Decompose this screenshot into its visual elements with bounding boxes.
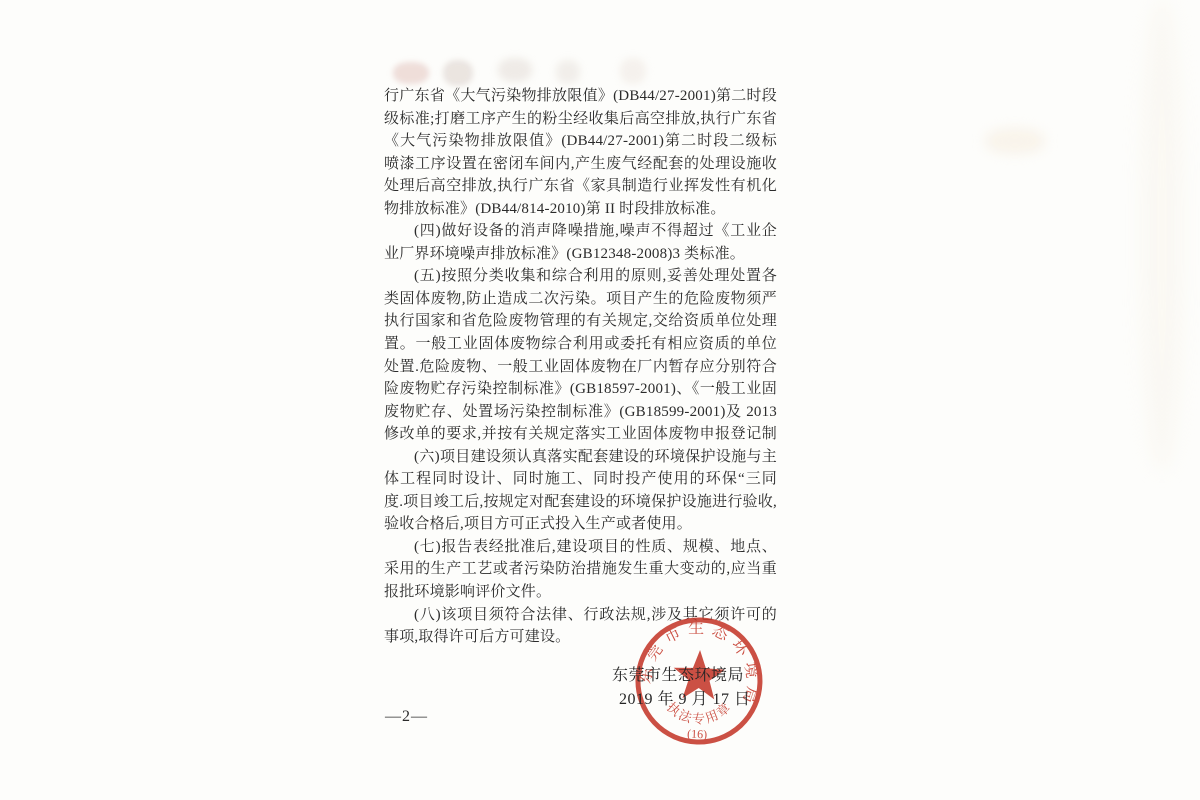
text-line: 修改单的要求,并按有关规定落实工业固体废物申报登记制度。 — [384, 423, 777, 446]
text-line: (六)项目建设须认真落实配套建设的环境保护设施与主 — [384, 446, 777, 469]
seal-number: (16) — [687, 727, 707, 742]
text-line: 废物贮存、处置场污染控制标准》(GB18599-2001)及 2013 年 — [384, 401, 777, 424]
document-body-text: 行广东省《大气污染物排放限值》(DB44/27-2001)第二时段二级标准;打磨… — [384, 85, 777, 649]
issue-date: 2019 年 9 月 17 日 — [619, 686, 751, 709]
text-line: 喷漆工序设置在密闭车间内,产生废气经配套的处理设施收集 — [384, 153, 777, 176]
text-line: (四)做好设备的消声降噪措施,噪声不得超过《工业企 — [384, 220, 777, 243]
text-line: 采用的生产工艺或者污染防治措施发生重大变动的,应当重新 — [384, 558, 777, 581]
scan-artifact — [556, 60, 580, 84]
text-line: 体工程同时设计、同时施工、同时投产使用的环保“三同时”制 — [384, 468, 777, 491]
text-line: 级标准;打磨工序产生的粉尘经收集后高空排放,执行广东省 — [384, 108, 777, 131]
scan-artifact — [620, 58, 646, 84]
text-line: 验收合格后,项目方可正式投入生产或者使用。 — [384, 513, 777, 536]
scanned-document-page: 行广东省《大气污染物排放限值》(DB44/27-2001)第二时段二级标准;打磨… — [0, 0, 1200, 800]
scan-artifact — [985, 128, 1045, 154]
text-line: (五)按照分类收集和综合利用的原则,妥善处理处置各 — [384, 265, 777, 288]
text-line: 业厂界环境噪声排放标准》(GB12348-2008)3 类标准。 — [384, 243, 777, 266]
scan-artifact — [393, 62, 429, 84]
text-line: 处理后高空排放,执行广东省《家具制造行业挥发性有机化合 — [384, 175, 777, 198]
text-line: 执行国家和省危险废物管理的有关规定,交给资质单位处理处 — [384, 310, 777, 333]
scan-artifact — [443, 60, 473, 86]
text-line: 报批环境影响评价文件。 — [384, 581, 777, 604]
text-line: 度.项目竣工后,按规定对配套建设的环境保护设施进行验收, — [384, 491, 777, 514]
text-line: 类固体废物,防止造成二次污染。项目产生的危险废物须严格 — [384, 288, 777, 311]
text-line: 置。一般工业固体废物综合利用或委托有相应资质的单位处理 — [384, 333, 777, 356]
text-line: (七)报告表经批准后,建设项目的性质、规模、地点、 — [384, 536, 777, 559]
text-line: 行广东省《大气污染物排放限值》(DB44/27-2001)第二时段二 — [384, 85, 777, 108]
text-line: 物排放标准》(DB44/814-2010)第 II 时段排放标准。 — [384, 198, 777, 221]
text-line: 险废物贮存污染控制标准》(GB18597-2001)、《一般工业固体 — [384, 378, 777, 401]
text-line: 处置.危险废物、一般工业固体废物在厂内暂存应分别符合《危 — [384, 356, 777, 379]
scan-artifact — [498, 58, 532, 82]
page-number: —2— — [385, 708, 428, 726]
issuing-agency: 东莞市生态环境局 — [612, 662, 740, 685]
text-line: 《大气污染物排放限值》(DB44/27-2001)第二时段二级标准; — [384, 130, 777, 153]
scan-artifact — [1142, 0, 1182, 470]
